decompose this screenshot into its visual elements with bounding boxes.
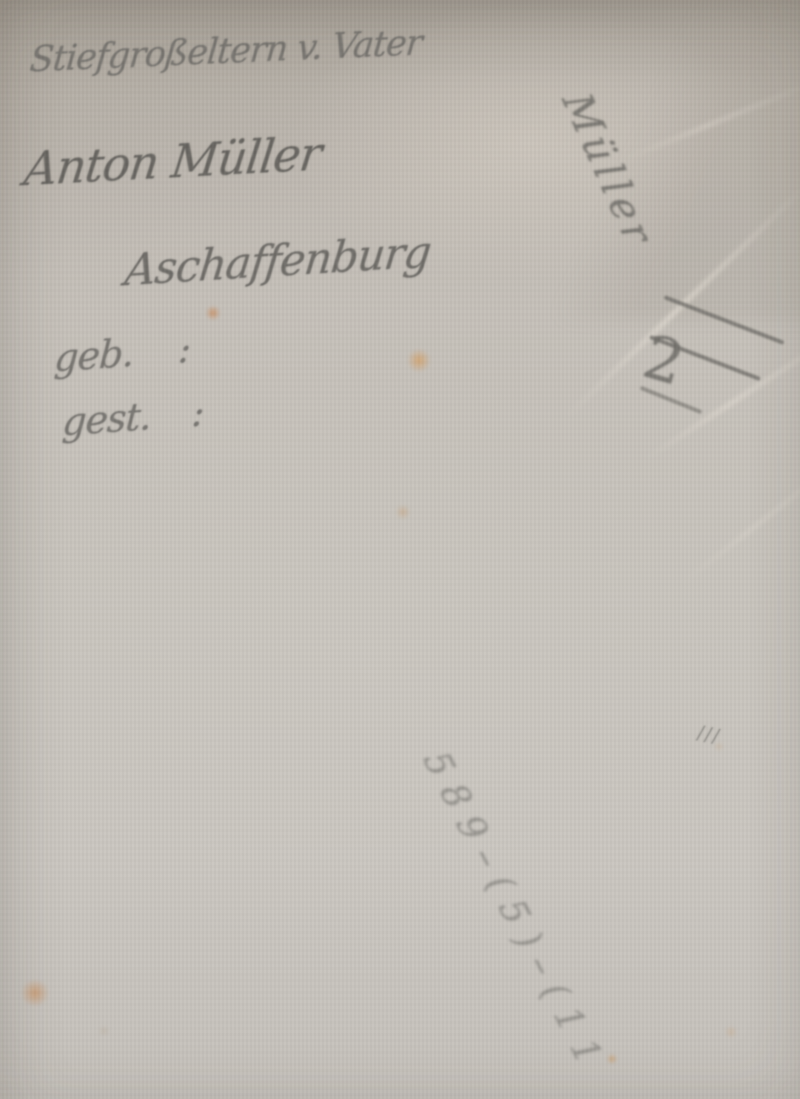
rust-stain bbox=[98, 1026, 110, 1036]
handwritten-diagonal-number: 589–(5)–(11 bbox=[414, 746, 615, 1082]
handwritten-born-label: geb. : bbox=[53, 327, 192, 381]
rust-stain bbox=[395, 505, 411, 519]
rust-stain bbox=[205, 306, 221, 320]
rust-stain bbox=[714, 742, 724, 751]
handwritten-vertical-number: 2 bbox=[636, 322, 691, 400]
rust-stain bbox=[606, 1054, 618, 1064]
handwritten-relation-line: Stiefgroßeltern v. Vater bbox=[28, 23, 423, 80]
handwritten-name-line: Anton Müller bbox=[21, 126, 324, 196]
handwritten-died-label: gest. : bbox=[61, 390, 205, 444]
rust-stain bbox=[724, 1026, 738, 1038]
rust-stain bbox=[407, 349, 431, 372]
rust-stain bbox=[20, 980, 50, 1006]
crease-line bbox=[680, 459, 800, 586]
photo-back-paper: Stiefgroßeltern v. Vater Anton Müller As… bbox=[0, 0, 800, 1099]
handwritten-place-line: Aschaffenburg bbox=[122, 227, 433, 296]
